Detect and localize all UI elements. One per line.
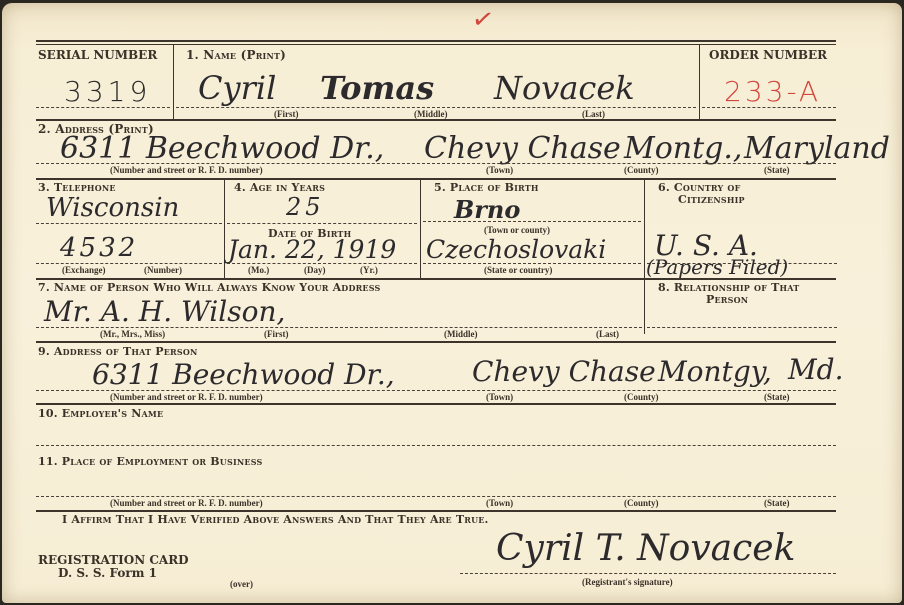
contact-address-street: 6311 Beechwood Dr., (92, 358, 395, 391)
contact-address-county: Montgy, (658, 355, 772, 388)
card-title: REGISTRATION CARD (38, 553, 189, 567)
address-underline (36, 163, 836, 164)
contact-person-value: Mr. A. H. Wilson, (44, 295, 285, 328)
row5-rule (36, 403, 836, 405)
dob-day-caption: (Day) (304, 265, 326, 275)
contact-address-town: Chevy Chase (472, 355, 656, 388)
citizenship-label-line2: Citizenship (678, 193, 745, 206)
row3-rule (36, 278, 644, 280)
birthplace-country-underline (423, 263, 641, 264)
birthplace-town-underline (423, 221, 641, 222)
contact-title-caption: (Mr., Mrs., Miss) (100, 329, 165, 339)
name-first: Cyril (198, 69, 276, 107)
age-divider (224, 179, 225, 278)
address-state: Maryland (744, 131, 890, 166)
contact-state-caption: (State) (764, 392, 790, 402)
dob-mo-caption: (Mo.) (248, 265, 269, 275)
contact-address-label: 9. Address of That Person (38, 345, 198, 358)
contact-person-underline (36, 327, 642, 328)
contact-last-caption: (Last) (596, 329, 619, 339)
relationship-label-line2: Person (706, 293, 748, 306)
address-street-caption: (Number and street or R. F. D. number) (110, 165, 263, 175)
name-middle: Tomas (320, 69, 434, 107)
employment-county-caption: (County) (624, 498, 659, 508)
order-number-value: 233-A (724, 75, 821, 108)
address-county-caption: (County) (624, 165, 659, 175)
contact-address-underline (36, 390, 836, 391)
middle-caption: (Middle) (414, 109, 448, 119)
first-caption: (First) (274, 109, 299, 119)
check-mark-icon: ✓ (470, 3, 497, 36)
address-street: 6311 Beechwood Dr., (60, 131, 384, 166)
birthplace-country-caption: (State or country) (484, 265, 552, 275)
order-divider (699, 45, 700, 119)
form-number: D. S. S. Form 1 (58, 566, 157, 580)
name-label: 1. Name (Print) (186, 48, 286, 62)
birthplace-label: 5. Place of Birth (434, 181, 539, 194)
contact-street-caption: (Number and street or R. F. D. number) (110, 392, 263, 402)
dob-yr-caption: (Yr.) (360, 265, 378, 275)
address-county: Montg., (624, 131, 742, 166)
age-value: 25 (286, 193, 325, 221)
address-town: Chevy Chase (424, 131, 621, 166)
serial-number-value: 3319 (64, 75, 151, 108)
employer-underline (36, 445, 836, 446)
citizenship-divider (644, 179, 645, 334)
signature-caption: (Registrant's signature) (582, 577, 673, 587)
citizenship-note: (Papers Filed) (646, 255, 788, 279)
telephone-exchange-underline (36, 223, 222, 224)
contact-first-caption: (First) (264, 329, 289, 339)
employment-place-underline (36, 496, 836, 497)
contact-address-state: Md. (788, 353, 844, 386)
row4-rule (36, 341, 836, 343)
contact-middle-caption: (Middle) (444, 329, 478, 339)
number-caption: (Number) (144, 265, 182, 275)
telephone-number-underline (36, 263, 222, 264)
row1-rule (36, 119, 836, 121)
contact-town-caption: (Town) (486, 392, 513, 402)
last-caption: (Last) (582, 109, 605, 119)
registration-card: ✓ SERIAL NUMBER 3319 1. Name (Print) Cyr… (2, 3, 902, 603)
dob-underline (227, 263, 417, 264)
birthplace-town: Brno (454, 195, 520, 224)
employer-label: 10. Employer's Name (38, 407, 163, 420)
top-rule (36, 40, 836, 42)
telephone-exchange: Wisconsin (46, 193, 179, 223)
employment-place-label: 11. Place of Employment or Business (38, 455, 262, 468)
dob-value: Jan. 22, 1919 (228, 235, 396, 264)
address-town-caption: (Town) (486, 165, 513, 175)
relationship-underline (647, 327, 837, 328)
affirmation-text: I Affirm That I Have Verified Above Answ… (62, 513, 489, 526)
row2-rule (36, 178, 836, 180)
employment-street-caption: (Number and street or R. F. D. number) (110, 498, 263, 508)
employment-town-caption: (Town) (486, 498, 513, 508)
age-underline (227, 223, 417, 224)
name-underline (176, 107, 696, 108)
employment-state-caption: (State) (764, 498, 790, 508)
row7-rule (36, 510, 836, 512)
telephone-number: 4532 (60, 233, 138, 263)
contact-person-label: 7. Name of Person Who Will Always Know Y… (38, 281, 381, 294)
over-note: (over) (230, 579, 253, 589)
name-last: Novacek (494, 69, 635, 107)
serial-underline (36, 107, 170, 108)
order-number-label: ORDER NUMBER (709, 48, 827, 62)
serial-divider (173, 45, 174, 119)
signature-underline (460, 573, 836, 574)
birthplace-divider (420, 179, 421, 278)
top-rule-2 (36, 44, 836, 45)
serial-number-label: SERIAL NUMBER (38, 48, 157, 62)
exchange-caption: (Exchange) (62, 265, 106, 275)
birthplace-country: Czechoslovaki (426, 235, 606, 264)
birthplace-town-caption: (Town or county) (484, 225, 550, 235)
row3-rule-right (644, 278, 836, 280)
order-underline (702, 107, 836, 108)
address-state-caption: (State) (764, 165, 790, 175)
registrant-signature: Cyril T. Novacek (496, 528, 795, 569)
contact-county-caption: (County) (624, 392, 659, 402)
